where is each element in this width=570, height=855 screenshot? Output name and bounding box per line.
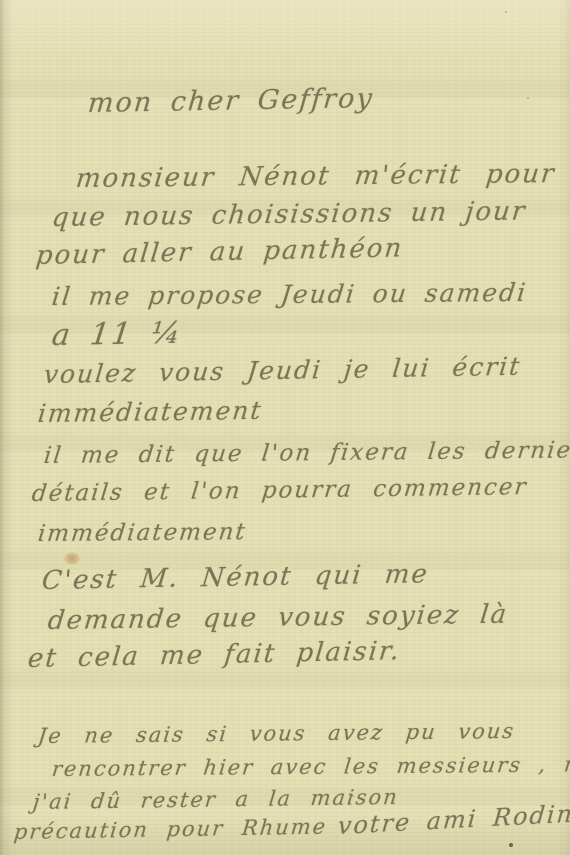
ink-dot <box>509 843 513 847</box>
paper-speck <box>505 11 507 13</box>
handwriting-line: j'ai dû rester a la maison <box>32 785 400 814</box>
handwriting-line: il me dit que l'on fixera les dernier <box>43 437 570 469</box>
handwriting-line-postscript: précaution pour Rhume <box>13 815 329 845</box>
handwriting-line: pour aller au panthéon <box>34 233 404 271</box>
paper-speck <box>527 97 529 99</box>
handwriting-line-time: a 11 ¼ <box>50 316 185 353</box>
letter-page: mon cher Geffroy monsieur Nénot m'écrit … <box>0 0 570 855</box>
handwriting-line: détails et l'on pourra commencer <box>31 474 529 507</box>
handwriting-line: il me propose Jeudi ou samedi <box>50 278 529 311</box>
handwriting-line: C'est M. Nénot qui me <box>40 559 430 596</box>
handwriting-line: Je ne sais si vous avez pu vous <box>37 719 517 748</box>
handwriting-line: voulez vous Jeudi je lui écrit <box>42 352 522 389</box>
handwriting-line: rencontrer hier avec les messieurs , moi <box>51 752 570 781</box>
handwriting-line: demande que vous soyiez là <box>46 600 509 636</box>
paper-stain <box>64 552 80 565</box>
handwriting-line-salutation: mon cher Geffroy <box>87 83 375 119</box>
handwriting-line: que nous choisissions un jour <box>50 196 528 233</box>
handwriting-line: immédiatement <box>36 396 264 428</box>
handwriting-line: monsieur Nénot m'écrit pour <box>74 159 557 194</box>
handwriting-line: immédiatement <box>37 519 249 547</box>
paper-speck <box>87 172 90 175</box>
paper-speck <box>352 795 354 797</box>
handwriting-line: et cela me fait plaisir. <box>26 636 402 674</box>
